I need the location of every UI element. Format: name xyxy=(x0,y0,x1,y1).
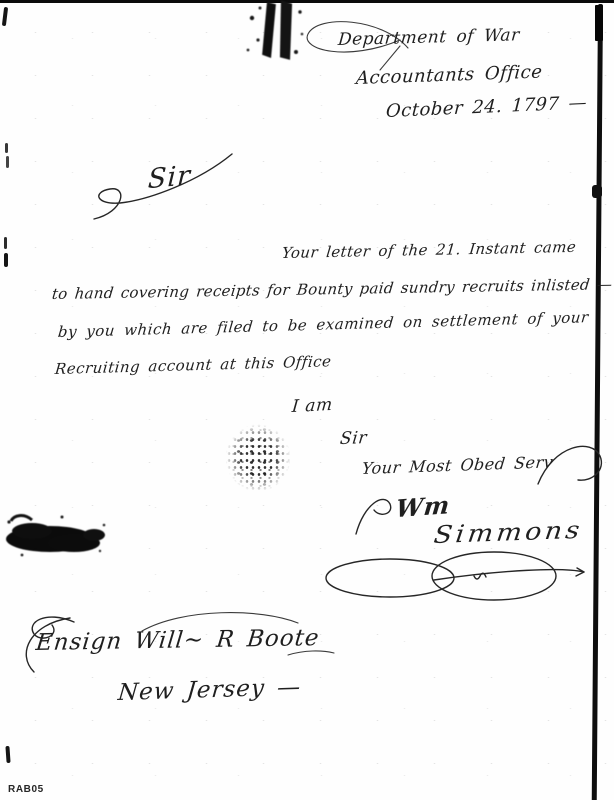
signature-loop-flourish xyxy=(322,548,602,604)
body-line-2: to hand covering receipts for Bounty pai… xyxy=(51,275,613,303)
scan-left-edge-mark xyxy=(6,156,9,168)
scan-left-edge-mark xyxy=(4,237,7,249)
scanned-letter-page: Department of War Accountants Office Oct… xyxy=(0,0,614,800)
scan-right-border-top-mark xyxy=(595,5,603,41)
scan-left-edge-mark xyxy=(4,253,8,267)
body-line-3: by you which are filed to be examined on… xyxy=(57,308,589,341)
scan-left-edge-mark xyxy=(5,143,8,153)
body-line-1: Your letter of the 21. Instant came xyxy=(281,238,577,262)
scan-bottom-left-mark xyxy=(5,746,10,763)
scan-left-edge-mark xyxy=(2,7,8,26)
address-location: New Jersey — xyxy=(117,674,303,706)
salutation: Sir xyxy=(147,160,192,195)
closing-obedient: Your Most Obed Serv xyxy=(361,452,554,478)
archive-reference-label: RAB05 xyxy=(8,784,44,795)
closing-sir: Sir xyxy=(339,428,368,449)
header-department-line: Department of War xyxy=(337,25,520,50)
scan-right-edge-blot xyxy=(592,185,602,198)
body-line-4: Recruiting account at this Office xyxy=(54,352,332,378)
header-date-line: October 24. 1797 — xyxy=(385,92,587,122)
signature-last-name: Simmons xyxy=(432,516,584,549)
ink-blot-left xyxy=(2,510,110,560)
address-recipient: Ensign Will~ R Boote xyxy=(35,625,321,656)
closing-i-am: I am xyxy=(291,395,333,417)
signature-first-name: Wm xyxy=(394,490,451,523)
scan-right-border-line xyxy=(592,4,603,800)
ink-smudge-middle xyxy=(226,422,290,494)
